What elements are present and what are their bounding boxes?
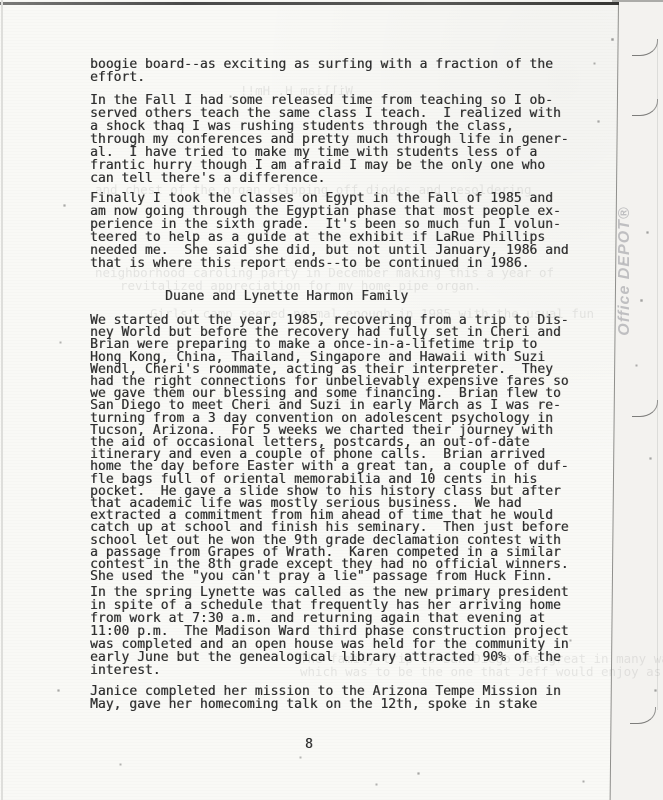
office-depot-watermark-text: Office DEPOT® [616, 206, 634, 335]
paragraph-boogie-board: boogie board--as exciting as surfing wit… [90, 58, 553, 84]
scan-left-edge [1, 0, 3, 800]
scan-top-edge-right [612, 0, 663, 2]
under-sheet-edge [657, 42, 658, 710]
section-heading: Duane and Lynette Harmon Family [165, 290, 408, 303]
dust-specks [0, 0, 1, 1]
paragraph-fall-teaching: In the Fall I had some released time fro… [90, 94, 569, 185]
scan-top-edge [0, 2, 619, 5]
paragraph-egypt-classes: Finally I took the classes on Egypt in t… [90, 192, 569, 270]
paragraph-janice-mission: Janice completed her mission to the Ariz… [90, 685, 561, 711]
office-depot-watermark: Office DEPOT® [611, 198, 638, 343]
scanned-page: William H. Hm!! and chest of the organ c… [0, 0, 663, 800]
page-number: 8 [305, 738, 313, 751]
paragraph-harmon-family-year: We started out the year, 1985, recoverin… [90, 315, 569, 583]
paragraph-lynette-primary: In the spring Lynette was called as the … [90, 586, 569, 677]
